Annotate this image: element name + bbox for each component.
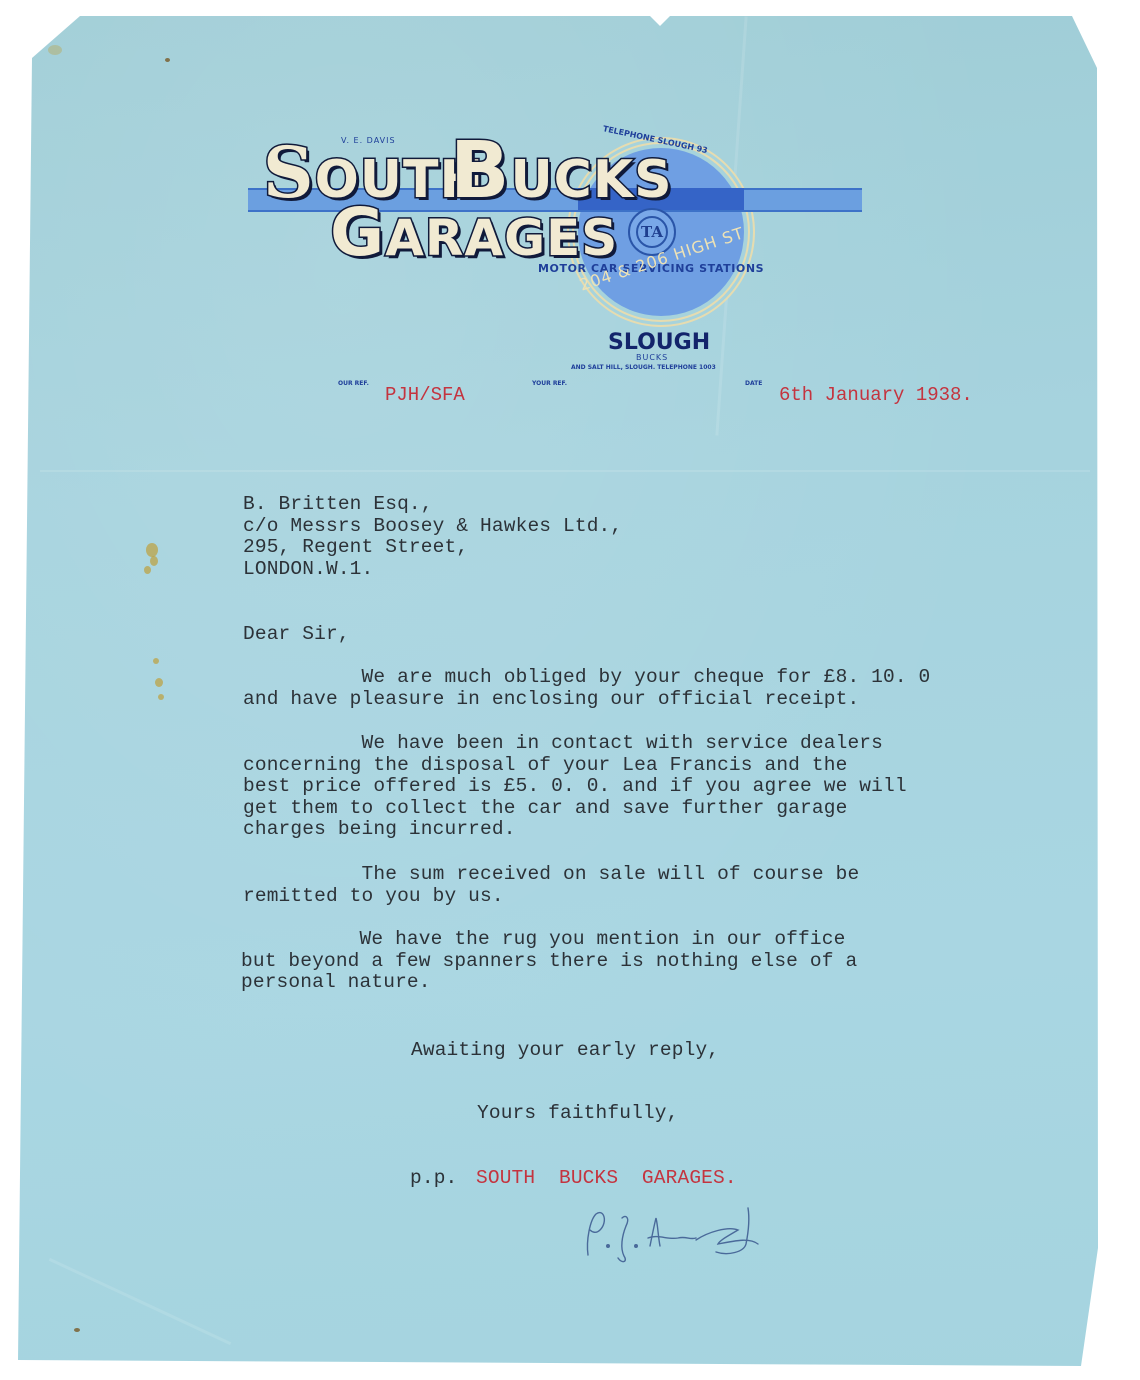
town: SLOUGH <box>608 330 710 355</box>
stain <box>74 1328 80 1332</box>
per-procurationem: p.p. <box>410 1168 457 1190</box>
paper-fold <box>40 470 1090 472</box>
paragraph-2: We have been in contact with service dea… <box>243 733 907 841</box>
body-line: remitted to you by us. <box>243 886 859 908</box>
paragraph-3: The sum received on sale will of course … <box>243 864 859 907</box>
logo-bucks: BUCKS <box>450 132 673 210</box>
our-ref-label: OUR REF. <box>338 380 369 387</box>
stain <box>144 566 151 574</box>
date-label: DATE <box>745 380 762 387</box>
stain <box>150 556 158 566</box>
body-line: personal nature. <box>241 972 857 994</box>
body-line: and have pleasure in enclosing our offic… <box>243 689 930 711</box>
body-line: best price offered is £5. 0. 0. and if y… <box>243 776 907 798</box>
recipient-line: c/o Messrs Boosey & Hawkes Ltd., <box>243 516 622 538</box>
body-line: The sum received on sale will of course … <box>243 864 859 886</box>
valediction: Yours faithfully, <box>477 1103 678 1125</box>
signatory-company: SOUTH BUCKS GARAGES. <box>476 1168 737 1190</box>
body-line: We have been in contact with service dea… <box>243 733 907 755</box>
salutation: Dear Sir, <box>243 624 350 646</box>
body-line: but beyond a few spanners there is nothi… <box>241 951 857 973</box>
paragraph-1: We are much obliged by your cheque for £… <box>243 667 930 710</box>
body-line: We have the rug you mention in our offic… <box>241 929 857 951</box>
recipient-line: LONDON.W.1. <box>243 559 622 581</box>
stain <box>153 658 159 664</box>
recipient-address: B. Britten Esq.,c/o Messrs Boosey & Hawk… <box>243 494 622 580</box>
handwritten-signature <box>578 1200 768 1270</box>
county: BUCKS <box>636 353 668 362</box>
paper-crease <box>49 1258 232 1345</box>
body-line: get them to collect the car and save fur… <box>243 798 907 820</box>
body-line: charges being incurred. <box>243 819 907 841</box>
stain <box>146 543 158 557</box>
body-line: concerning the disposal of your Lea Fran… <box>243 755 907 777</box>
logo-garages: GARAGES <box>330 200 618 266</box>
your-ref-label: YOUR REF. <box>532 380 567 387</box>
branch-address: AND SALT HILL, SLOUGH. TELEPHONE 1003 <box>571 364 716 371</box>
closing-line: Awaiting your early reply, <box>411 1040 719 1062</box>
recipient-line: 295, Regent Street, <box>243 537 622 559</box>
paragraph-4: We have the rug you mention in our offic… <box>241 929 857 994</box>
stain <box>158 694 164 700</box>
body-line: We are much obliged by your cheque for £… <box>243 667 930 689</box>
letter-date: 6th January 1938. <box>779 384 973 406</box>
letterhead: TA SOUTH BUCKS GARAGES V. E. DAVIS TELEP… <box>0 0 1140 420</box>
recipient-line: B. Britten Esq., <box>243 494 622 516</box>
proprietor-name: V. E. DAVIS <box>341 136 396 145</box>
stain <box>155 678 163 687</box>
our-ref-value: PJH/SFA <box>385 384 465 406</box>
